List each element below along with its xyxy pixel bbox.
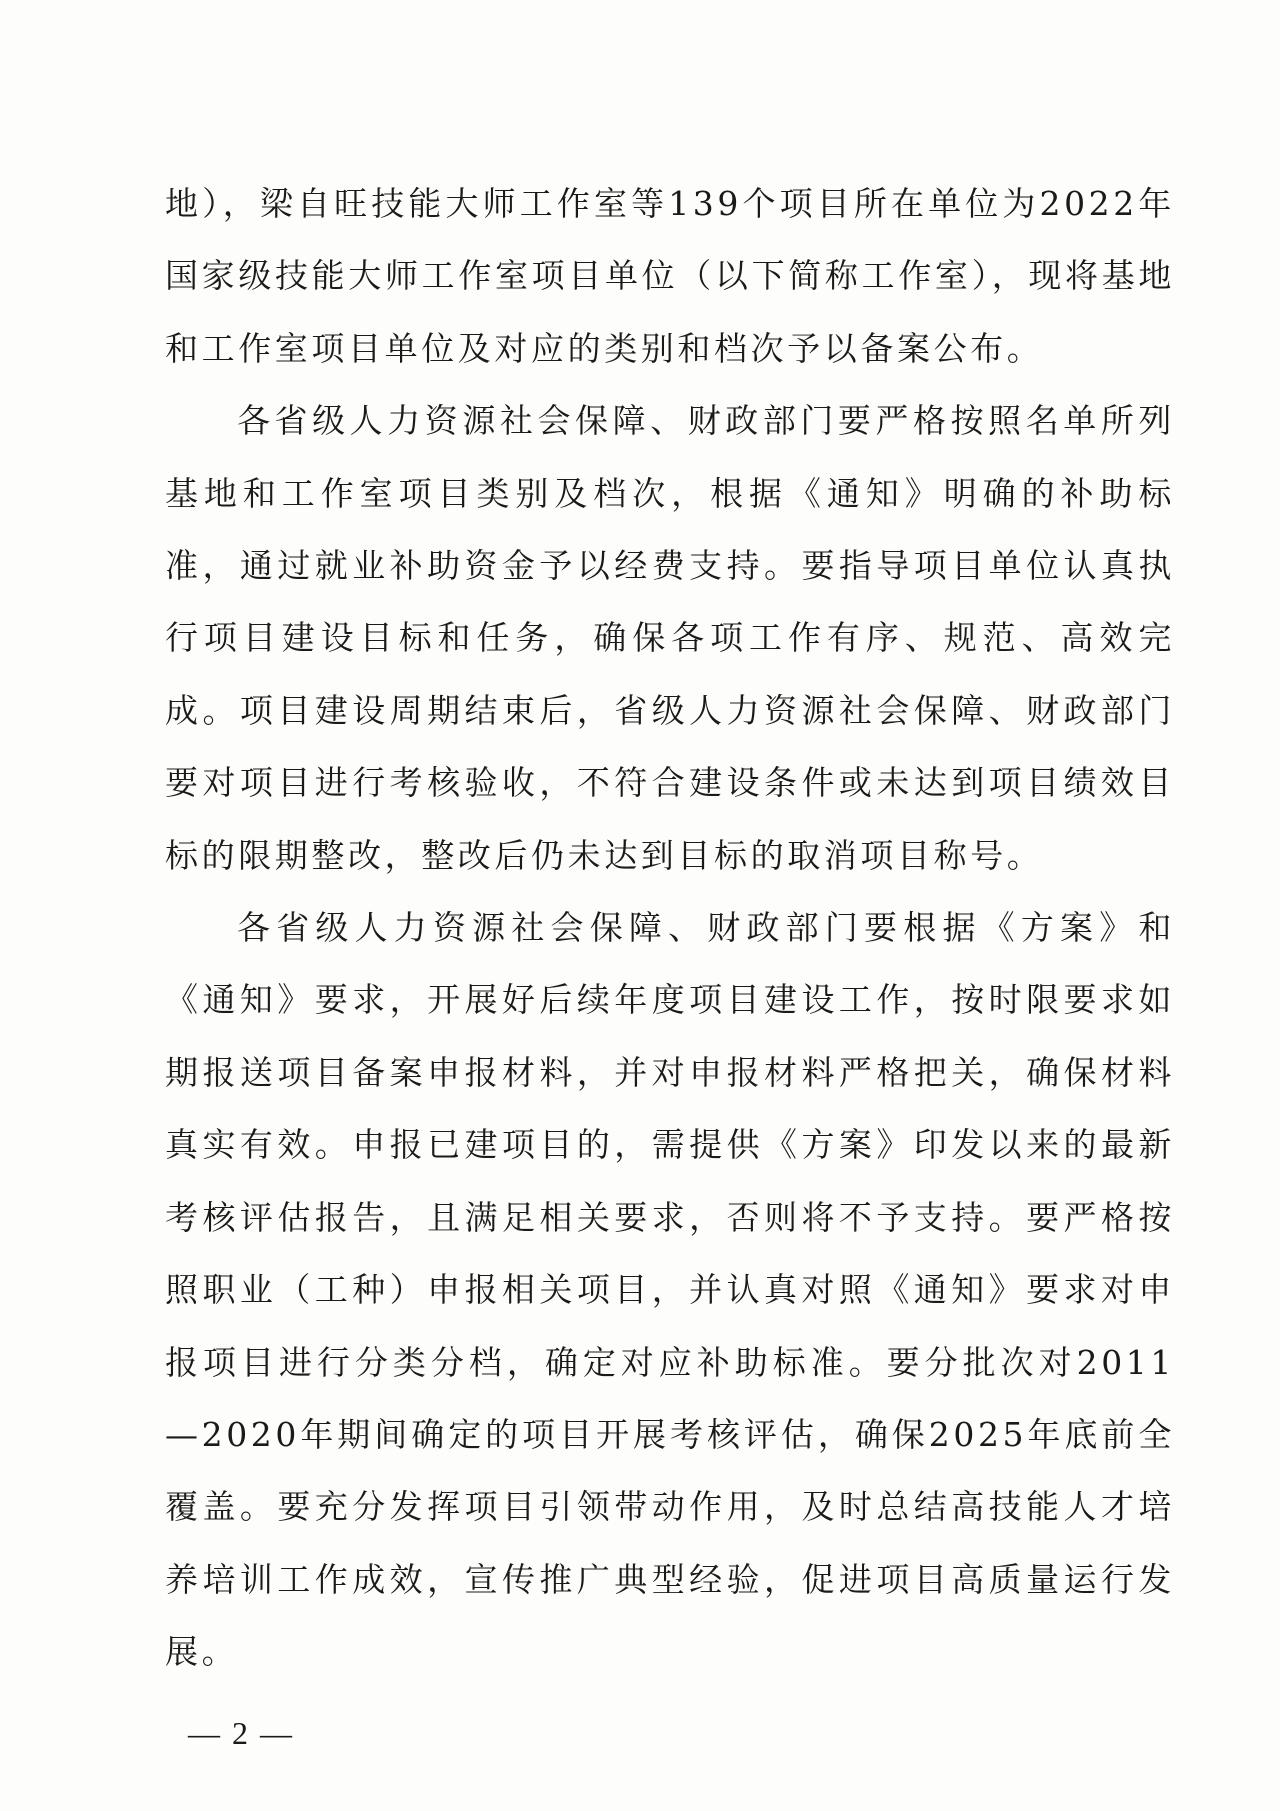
paragraph-follow-up-work: 各省级人力资源社会保障、财政部门要根据《方案》和《通知》要求，开展好后续年度项目… [165, 892, 1175, 1688]
page-number: — 2 — [188, 1715, 294, 1752]
paragraph-continuation: 地），梁自旺技能大师工作室等139个项目所在单位为2022年国家级技能大师工作室… [165, 168, 1175, 385]
document-page: 地），梁自旺技能大师工作室等139个项目所在单位为2022年国家级技能大师工作室… [0, 0, 1280, 1811]
paragraph-funding-requirements: 各省级人力资源社会保障、财政部门要严格按照名单所列基地和工作室项目类别及档次，根… [165, 385, 1175, 892]
document-body: 地），梁自旺技能大师工作室等139个项目所在单位为2022年国家级技能大师工作室… [165, 168, 1175, 1689]
